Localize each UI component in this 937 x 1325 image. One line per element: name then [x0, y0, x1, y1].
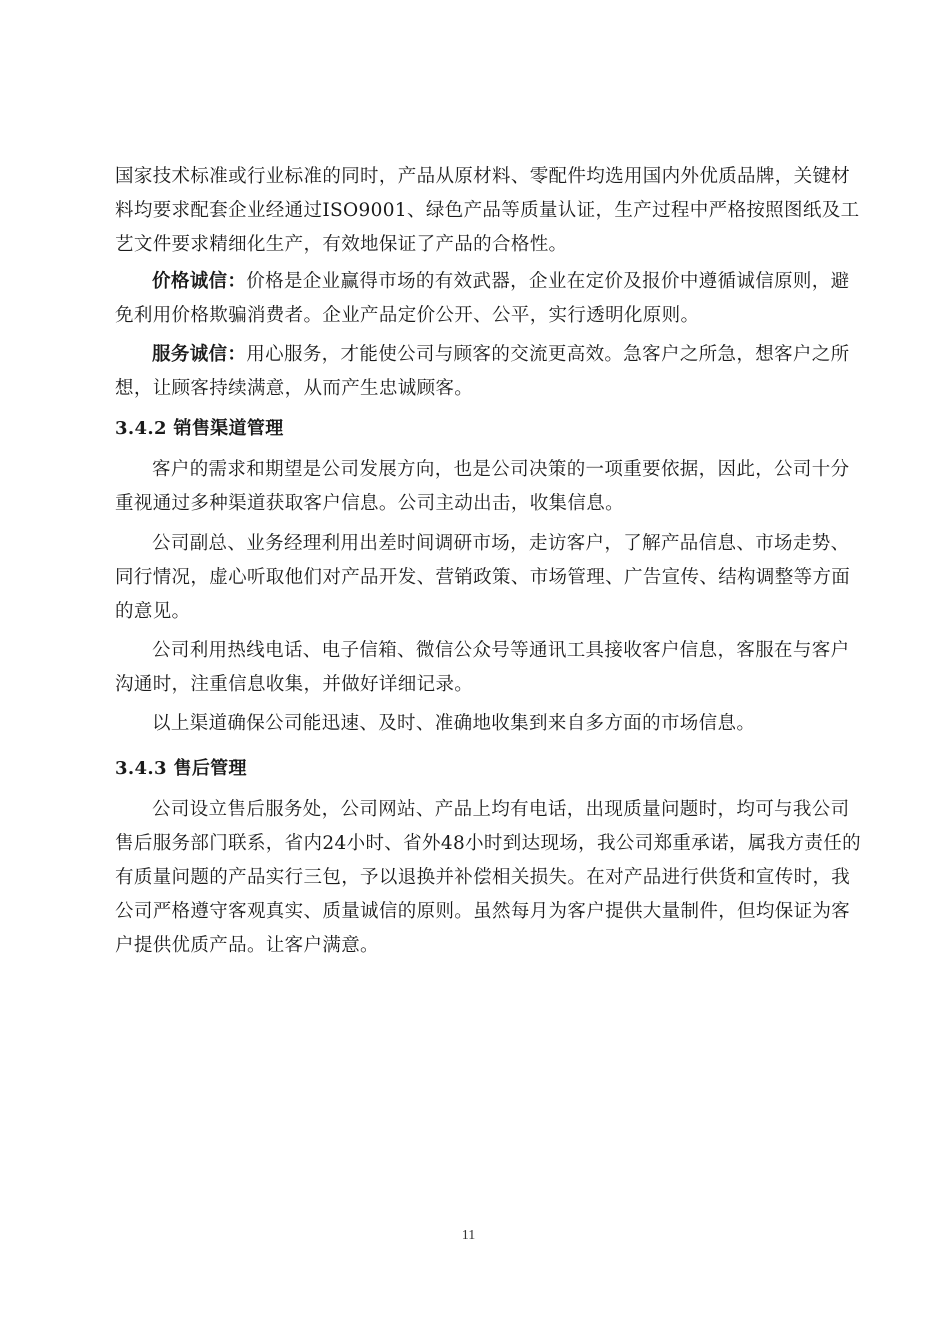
paragraph-line: 重视通过多种渠道获取客户信息。公司主动出击，收集信息。	[115, 493, 827, 515]
paragraph-text: 价格是企业赢得市场的有效武器，企业在定价及报价中遵循诚信原则，避	[246, 271, 849, 292]
paragraph-line: 公司利用热线电话、电子信箱、微信公众号等通讯工具接收客户信息，客服在与客户	[152, 640, 864, 662]
section-heading: 3.4.2 销售渠道管理	[115, 418, 827, 440]
paragraph-line: 售后服务部门联系，省内24小时、省外48小时到达现场，我公司郑重承诺，属我方责任…	[115, 833, 827, 855]
paragraph-line: 艺文件要求精细化生产，有效地保证了产品的合格性。	[115, 234, 827, 256]
paragraph-line: 客户的需求和期望是公司发展方向，也是公司决策的一项重要依据，因此，公司十分	[152, 459, 864, 481]
paragraph-line: 有质量问题的产品实行三包，予以退换并补偿相关损失。在对产品进行供货和宣传时，我	[115, 867, 827, 889]
paragraph-line: 免利用价格欺骗消费者。企业产品定价公开、公平，实行透明化原则。	[115, 305, 827, 327]
paragraph-line: 服务诚信：用心服务，才能使公司与顾客的交流更高效。急客户之所急，想客户之所	[152, 344, 864, 366]
paragraph-line: 国家技术标准或行业标准的同时，产品从原材料、零配件均选用国内外优质品牌，关键材	[115, 166, 827, 188]
paragraph-line: 想，让顾客持续满意，从而产生忠诚顾客。	[115, 378, 827, 400]
paragraph-line: 料均要求配套企业经通过ISO9001、绿色产品等质量认证，生产过程中严格按照图纸…	[115, 200, 827, 222]
paragraph-text: 用心服务，才能使公司与顾客的交流更高效。急客户之所急，想客户之所	[246, 344, 849, 365]
paragraph-line: 的意见。	[115, 601, 827, 623]
document-page: 国家技术标准或行业标准的同时，产品从原材料、零配件均选用国内外优质品牌，关键材 …	[0, 0, 937, 1325]
page-number: 11	[0, 1228, 937, 1244]
paragraph-line: 公司严格遵守客观真实、质量诚信的原则。虽然每月为客户提供大量制件，但均保证为客	[115, 901, 827, 923]
paragraph-line: 以上渠道确保公司能迅速、及时、准确地收集到来自多方面的市场信息。	[152, 713, 864, 735]
section-heading: 3.4.3 售后管理	[115, 758, 827, 780]
lead-term: 服务诚信：	[152, 344, 246, 365]
paragraph-line: 公司副总、业务经理利用出差时间调研市场，走访客户，了解产品信息、市场走势、	[152, 533, 864, 555]
paragraph-line: 公司设立售后服务处，公司网站、产品上均有电话，出现质量问题时，均可与我公司	[152, 799, 864, 821]
paragraph-line: 价格诚信：价格是企业赢得市场的有效武器，企业在定价及报价中遵循诚信原则，避	[152, 271, 864, 293]
paragraph-line: 户提供优质产品。让客户满意。	[115, 935, 827, 957]
paragraph-line: 同行情况，虚心听取他们对产品开发、营销政策、市场管理、广告宣传、结构调整等方面	[115, 567, 827, 589]
lead-term: 价格诚信：	[152, 271, 246, 292]
paragraph-line: 沟通时，注重信息收集，并做好详细记录。	[115, 674, 827, 696]
